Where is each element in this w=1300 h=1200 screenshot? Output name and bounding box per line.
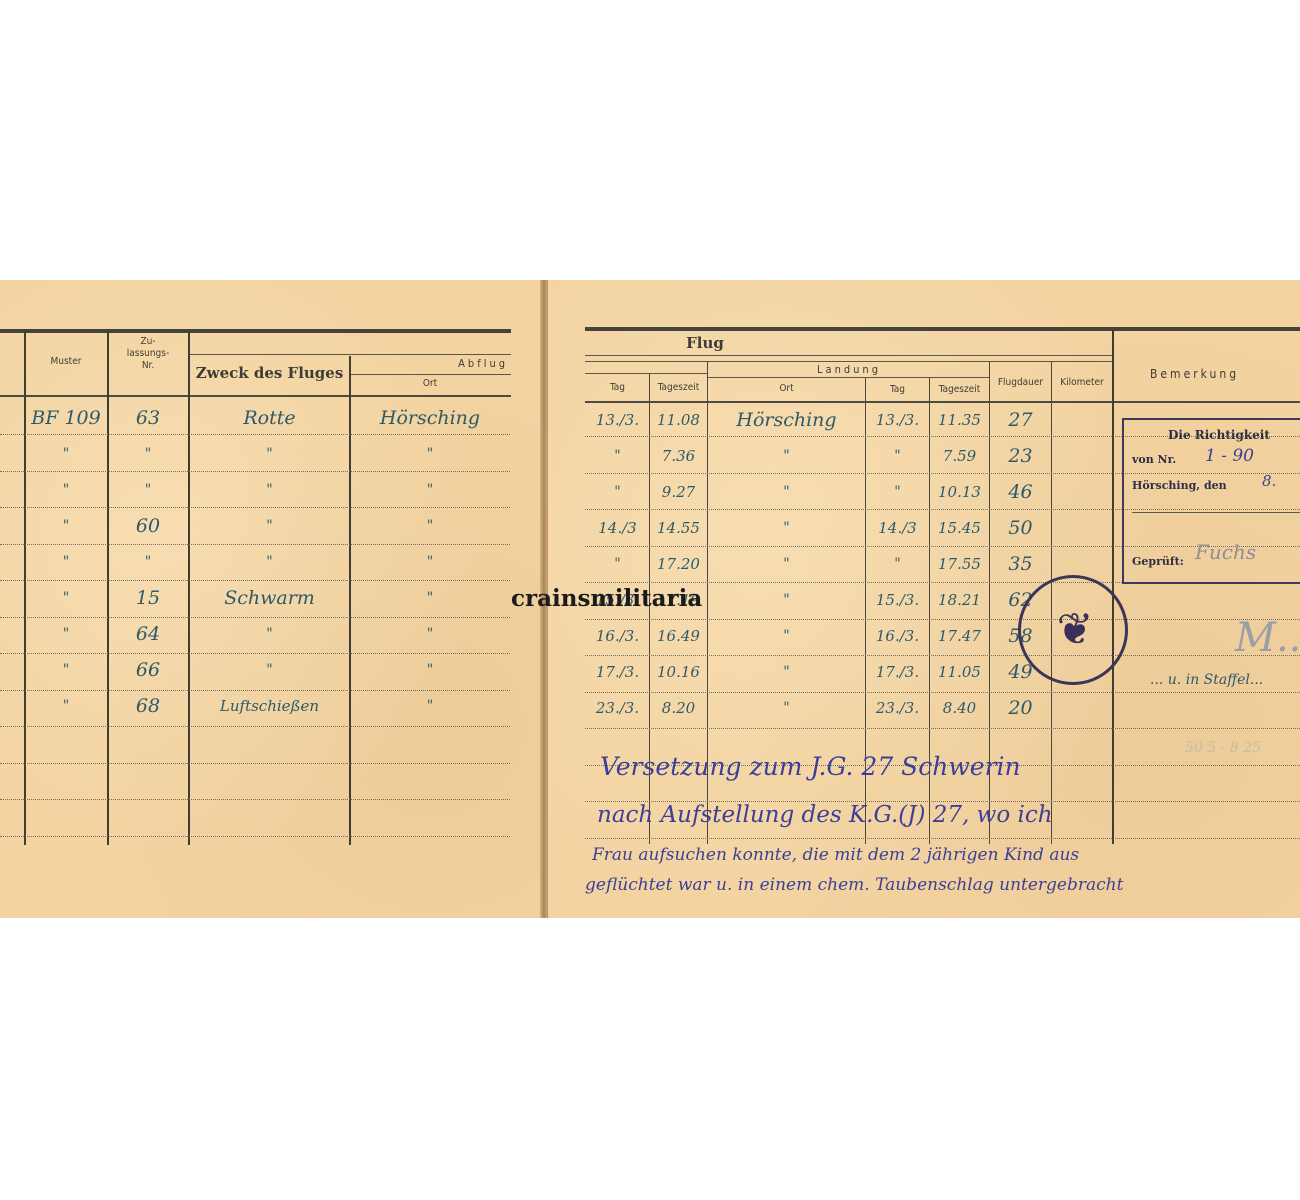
cell-zulassung: 64 bbox=[108, 616, 188, 652]
cell-zweck: Rotte bbox=[190, 400, 349, 436]
cell-landung-ort: " bbox=[708, 618, 865, 654]
cell-tageszeit: 7.36 bbox=[650, 438, 707, 474]
cell-landung-tageszeit: 17.47 bbox=[930, 618, 989, 654]
handwritten-note-line-1: Versetzung zum J.G. 27 Schwerin bbox=[600, 752, 1021, 781]
flug-rule-2 bbox=[585, 361, 1113, 362]
cell-landung-tag: 16./3. bbox=[866, 618, 929, 654]
handwritten-note-line-4: geflüchtet war u. in einem chem. Taubens… bbox=[585, 875, 1123, 895]
col-divider bbox=[1112, 330, 1114, 844]
cell-landung-tag: " bbox=[866, 546, 929, 582]
cell-landung-ort: " bbox=[708, 546, 865, 582]
cell-landung-tag: " bbox=[866, 438, 929, 474]
cell-landung-tageszeit: 7.59 bbox=[930, 438, 989, 474]
cell-abflug-ort: " bbox=[350, 508, 510, 544]
cell-landung-tageszeit: 10.13 bbox=[930, 474, 989, 510]
header-abflug-tag: Tag bbox=[586, 382, 649, 394]
cert-range-label: von Nr. bbox=[1132, 453, 1176, 466]
cert-place-label: Hörsching, den bbox=[1132, 479, 1227, 492]
cell-muster: " bbox=[26, 508, 106, 544]
cell-landung-ort: Hörsching bbox=[708, 402, 865, 438]
cell-landung-tag: 13./3. bbox=[866, 402, 929, 438]
cell-landung-tageszeit: 8.40 bbox=[930, 690, 989, 726]
cell-zulassung: " bbox=[108, 544, 188, 580]
cell-abflug-ort: Hörsching bbox=[350, 400, 510, 436]
cell-abflug-ort: " bbox=[350, 436, 510, 472]
cell-landung-ort: " bbox=[708, 438, 865, 474]
cell-tageszeit: 9.27 bbox=[650, 474, 707, 510]
header-flugdauer: Flugdauer bbox=[990, 377, 1051, 389]
cell-tag: " bbox=[586, 438, 649, 474]
cell-tageszeit: 10.16 bbox=[650, 654, 707, 690]
dotted-row-rule bbox=[0, 799, 510, 800]
cell-landung-ort: " bbox=[708, 510, 865, 546]
dotted-row-rule bbox=[585, 838, 1300, 839]
cert-range-value: 1 - 90 bbox=[1205, 446, 1254, 466]
cert-signature: Fuchs bbox=[1195, 540, 1256, 564]
cell-zweck: " bbox=[190, 544, 349, 580]
cell-landung-ort: " bbox=[708, 654, 865, 690]
top-rule-right bbox=[585, 327, 1300, 331]
remarks-signature: M... bbox=[1235, 615, 1300, 661]
cell-landung-tag: 23./3. bbox=[866, 690, 929, 726]
header-flug: Flug bbox=[680, 337, 730, 349]
flug-rule bbox=[585, 355, 1113, 356]
cell-abflug-ort: " bbox=[350, 688, 510, 724]
cell-flugdauer: 23 bbox=[990, 438, 1051, 474]
abflug-subrule bbox=[350, 374, 511, 375]
header-abflug-ort: Ort bbox=[350, 378, 510, 390]
landung-subrule bbox=[708, 377, 990, 378]
cell-muster: " bbox=[26, 688, 106, 724]
watermark-text: crainsmilitaria bbox=[511, 585, 702, 612]
cell-muster: " bbox=[26, 544, 106, 580]
header-landung-ort: Ort bbox=[708, 383, 865, 395]
cert-date-value: 8. bbox=[1262, 472, 1276, 490]
cell-tag: 14./3 bbox=[586, 510, 649, 546]
cell-flugdauer: 20 bbox=[990, 690, 1051, 726]
cell-zweck: Luftschießen bbox=[190, 688, 349, 724]
header-landung: Landung bbox=[708, 364, 990, 376]
cell-landung-tag: 17./3. bbox=[866, 654, 929, 690]
cell-zweck: " bbox=[190, 436, 349, 472]
cell-landung-ort: " bbox=[708, 474, 865, 510]
cell-tag: 16./3. bbox=[586, 618, 649, 654]
cell-flugdauer: 46 bbox=[990, 474, 1051, 510]
cell-tag: 13./3. bbox=[586, 402, 649, 438]
cell-tag: 17./3. bbox=[586, 654, 649, 690]
dotted-row-rule bbox=[0, 836, 510, 837]
dotted-row-rule bbox=[0, 763, 510, 764]
cell-zweck: " bbox=[190, 616, 349, 652]
cell-tageszeit: 14.55 bbox=[650, 510, 707, 546]
cell-muster: " bbox=[26, 472, 106, 508]
cell-landung-tageszeit: 11.35 bbox=[930, 402, 989, 438]
cell-tageszeit: 17.20 bbox=[650, 546, 707, 582]
cell-landung-tageszeit: 18.21 bbox=[930, 582, 989, 618]
header-landung-tag: Tag bbox=[866, 384, 929, 396]
cell-landung-tageszeit: 15.45 bbox=[930, 510, 989, 546]
cell-landung-tageszeit: 17.55 bbox=[930, 546, 989, 582]
cell-tag: " bbox=[586, 474, 649, 510]
cell-landung-tag: 15./3. bbox=[866, 582, 929, 618]
cell-landung-ort: " bbox=[708, 582, 865, 618]
cert-title: Die Richtigkeit bbox=[1168, 428, 1270, 442]
remarks-pencil-note: 50 5 - 8 25 bbox=[1185, 740, 1261, 756]
cell-flugdauer: 50 bbox=[990, 510, 1051, 546]
cell-zulassung: " bbox=[108, 472, 188, 508]
cell-muster: " bbox=[26, 436, 106, 472]
cell-landung-tag: 14./3 bbox=[866, 510, 929, 546]
header-rule-left bbox=[190, 354, 511, 355]
cell-landung-tageszeit: 11.05 bbox=[930, 654, 989, 690]
header-kilometer: Kilometer bbox=[1052, 377, 1112, 389]
cell-zulassung: 63 bbox=[108, 400, 188, 436]
cell-landung-ort: " bbox=[708, 690, 865, 726]
header-zweck-des-fluges: Zweck des Fluges bbox=[190, 367, 349, 379]
cell-zweck: " bbox=[190, 508, 349, 544]
cell-abflug-ort: " bbox=[350, 544, 510, 580]
cell-muster: BF 109 bbox=[26, 400, 106, 436]
dotted-row-rule bbox=[585, 728, 1300, 729]
dotted-row-rule bbox=[0, 726, 510, 727]
cell-flugdauer: 35 bbox=[990, 546, 1051, 582]
cell-zweck: " bbox=[190, 472, 349, 508]
cell-zulassung: 68 bbox=[108, 688, 188, 724]
cell-zweck: Schwarm bbox=[190, 580, 349, 616]
cell-muster: " bbox=[26, 616, 106, 652]
cell-tag: " bbox=[586, 546, 649, 582]
cell-zulassung: 60 bbox=[108, 508, 188, 544]
handwritten-note-line-2: nach Aufstellung des K.G.(J) 27, wo ich bbox=[597, 802, 1053, 828]
abflug-subrule-right bbox=[585, 373, 708, 374]
header-bottom-rule-left bbox=[0, 395, 511, 397]
cell-tageszeit: 16.49 bbox=[650, 618, 707, 654]
remarks-staffel-note: ... u. in Staffel... bbox=[1150, 672, 1263, 688]
cell-abflug-ort: " bbox=[350, 652, 510, 688]
header-landung-tageszeit: Tageszeit bbox=[930, 384, 989, 396]
cell-flugdauer: 27 bbox=[990, 402, 1051, 438]
cell-muster: " bbox=[26, 580, 106, 616]
eagle-emblem-icon: ❦ bbox=[1040, 608, 1110, 668]
header-bemerkung: Bemerkung bbox=[1150, 368, 1300, 380]
cell-zulassung: 66 bbox=[108, 652, 188, 688]
cell-zulassung: " bbox=[108, 436, 188, 472]
header-abflug: Abflug bbox=[350, 358, 508, 370]
handwritten-note-line-3: Frau aufsuchen konnte, die mit dem 2 jäh… bbox=[592, 845, 1079, 865]
cell-tageszeit: 11.08 bbox=[650, 402, 707, 438]
header-muster: Muster bbox=[26, 356, 106, 368]
cell-tageszeit: 8.20 bbox=[650, 690, 707, 726]
cell-muster: " bbox=[26, 652, 106, 688]
header-zulassungs-nr: Zu- lassungs- Nr. bbox=[108, 336, 188, 372]
cell-landung-tag: " bbox=[866, 474, 929, 510]
cert-blank-line bbox=[1132, 512, 1300, 513]
cell-abflug-ort: " bbox=[350, 472, 510, 508]
cert-signed-label: Geprüft: bbox=[1132, 555, 1184, 568]
header-abflug-tageszeit: Tageszeit bbox=[650, 382, 707, 394]
cell-abflug-ort: " bbox=[350, 616, 510, 652]
cell-zulassung: 15 bbox=[108, 580, 188, 616]
cell-tag: 23./3. bbox=[586, 690, 649, 726]
top-rule-left bbox=[0, 329, 511, 333]
cell-zweck: " bbox=[190, 652, 349, 688]
cell-abflug-ort: " bbox=[350, 580, 510, 616]
